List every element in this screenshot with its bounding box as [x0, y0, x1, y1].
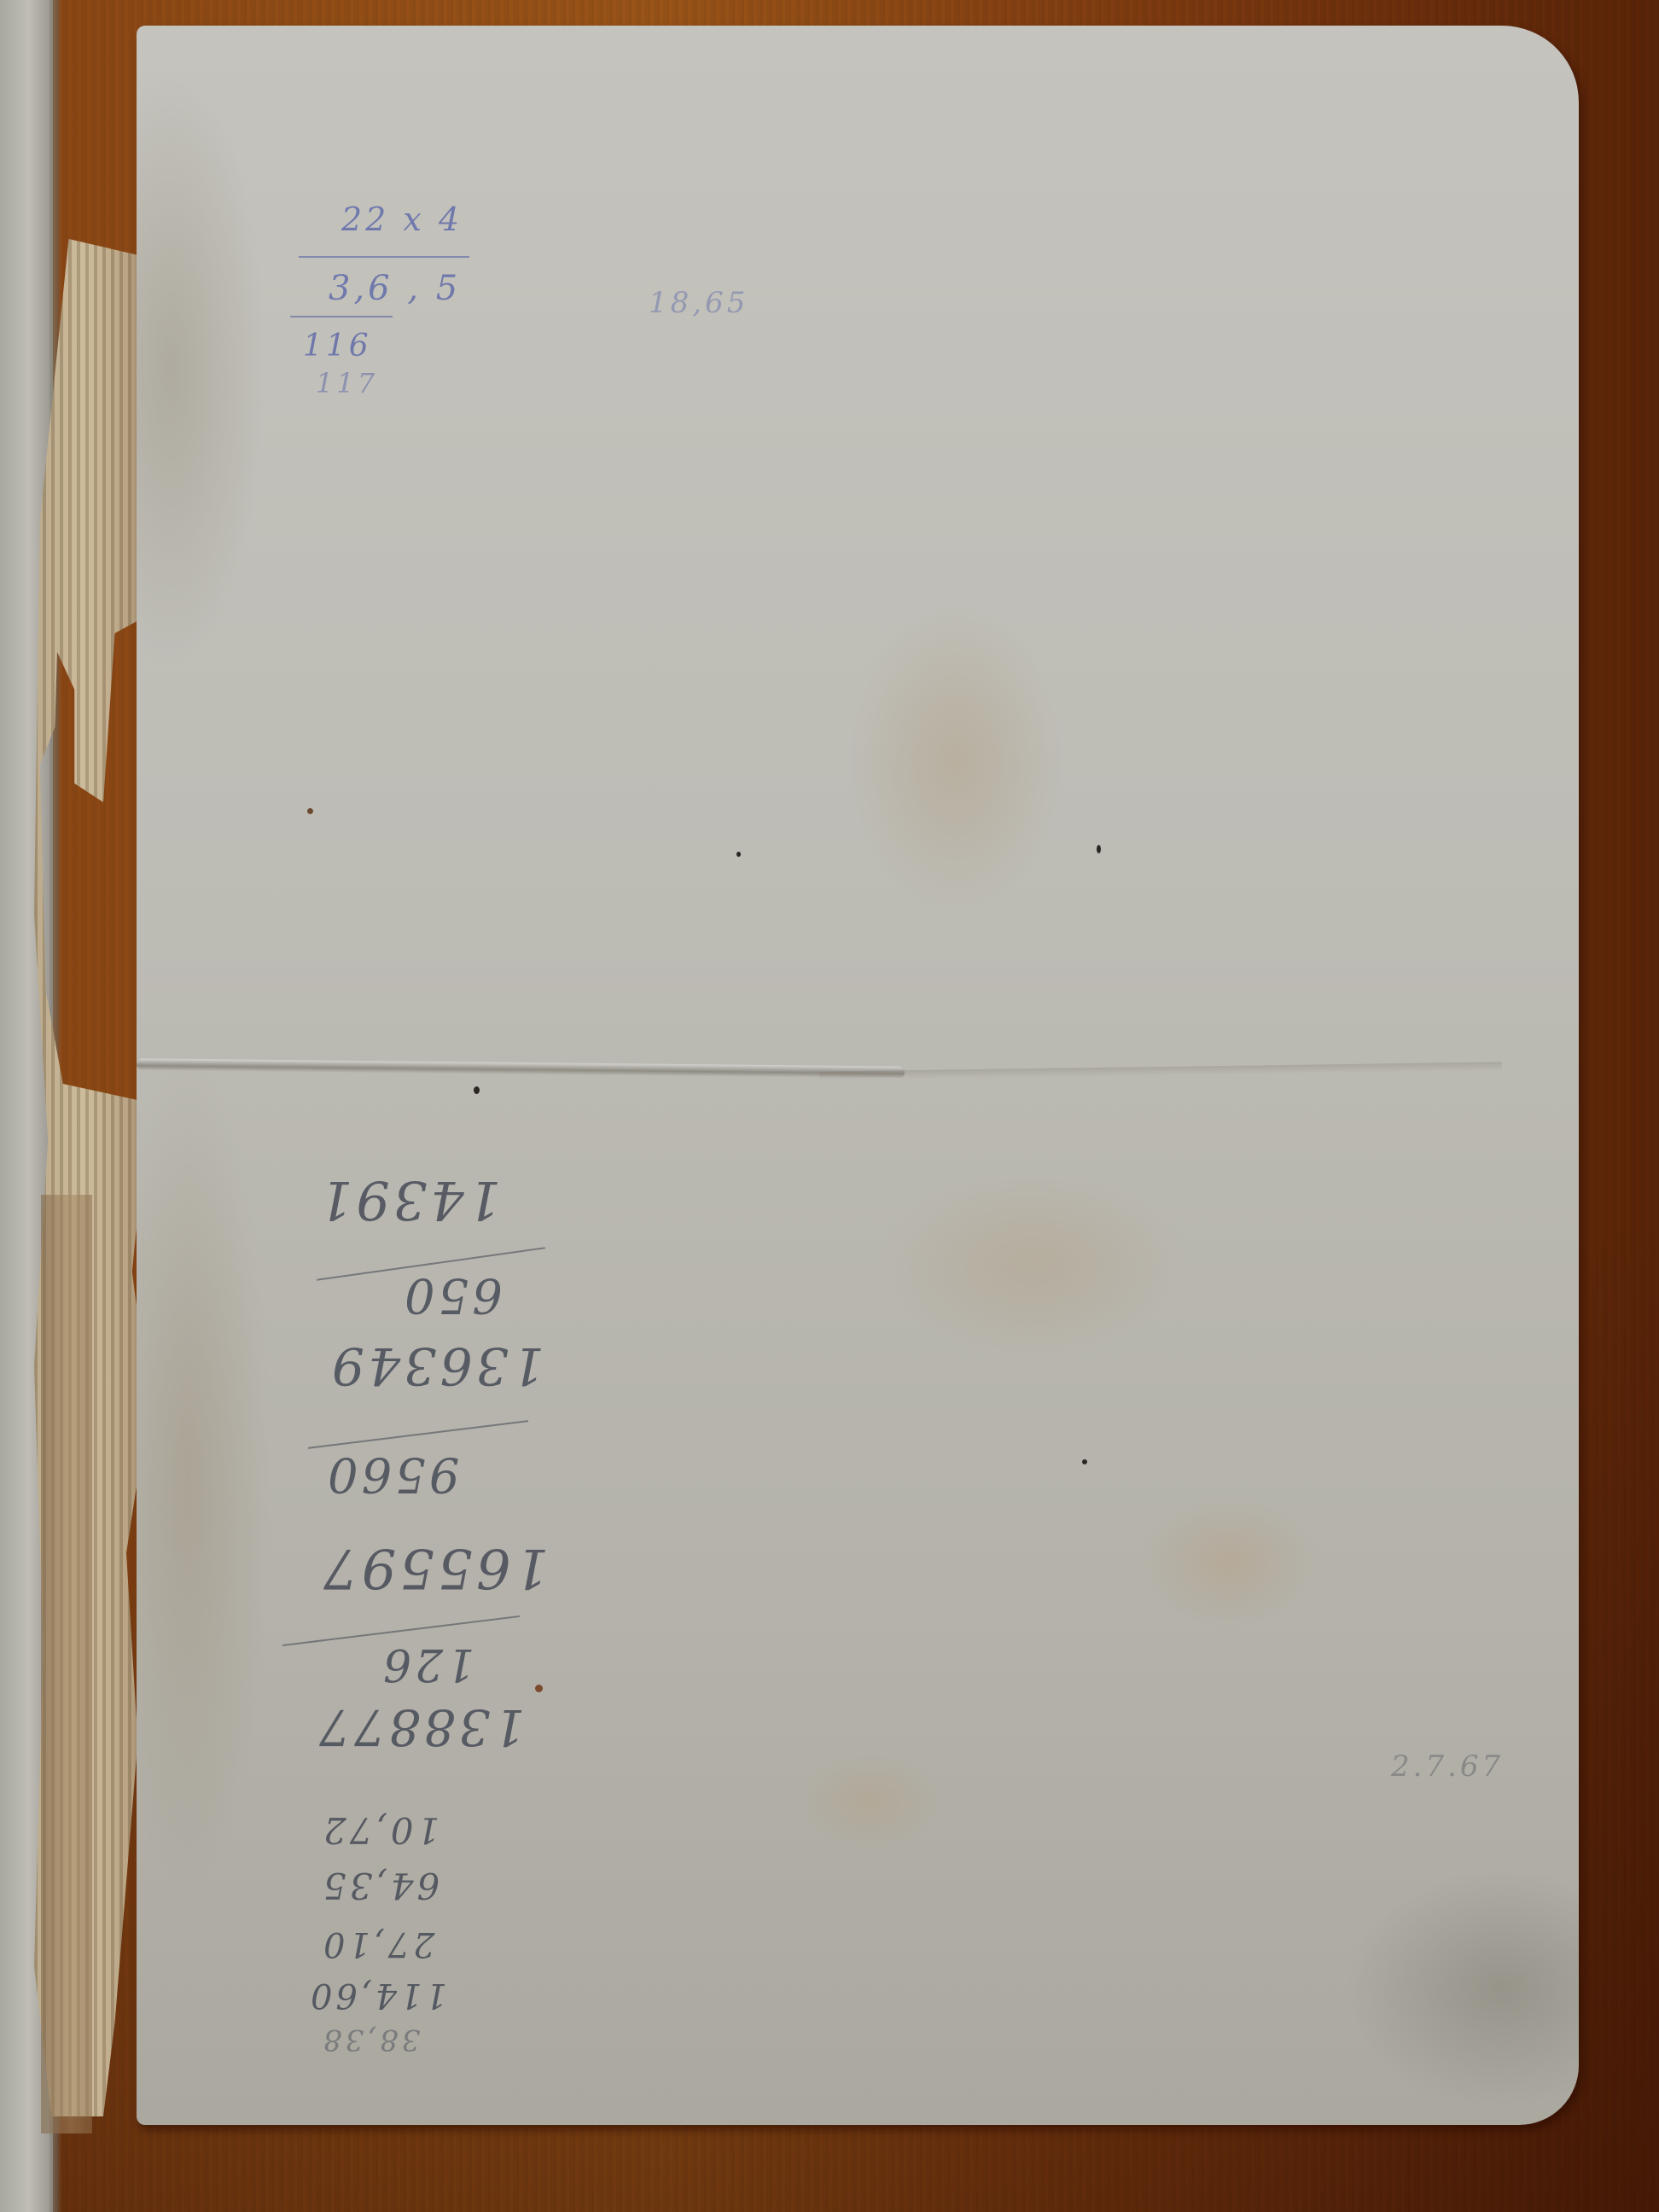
spine-stain [41, 1195, 92, 2133]
handwritten-pencil-line: 136349 [329, 1336, 544, 1395]
ink-underline [299, 256, 469, 258]
handwritten-ink-line: 117 [316, 367, 378, 399]
handwritten-ink-line: 3,6 , 5 [329, 269, 461, 308]
dirt-speck [474, 1086, 480, 1094]
handwritten-pencil-line: 138877 [316, 1698, 525, 1756]
dirt-speck [1097, 845, 1101, 853]
handwritten-pencil-line: 9560 [324, 1447, 460, 1502]
handwritten-pencil-line: 114,60 [307, 1976, 447, 2015]
dirt-speck [307, 808, 313, 814]
fold-crease-faint [819, 1062, 1502, 1080]
faint-pencil-note: 2.7.67 [1391, 1749, 1504, 1784]
handwritten-pencil-line: 650 [401, 1267, 503, 1323]
handwritten-pencil-line: 64,35 [320, 1865, 439, 1906]
handwritten-ink-note: 18,65 [649, 286, 748, 320]
handwritten-pencil-line: 126 [380, 1639, 474, 1690]
notebook-back-cover: 22 x 4 3,6 , 5 116 117 18,65 14391 650 1… [137, 26, 1579, 2125]
dirt-speck [535, 1685, 543, 1692]
handwritten-pencil-line: 165597 [320, 1536, 549, 1599]
handwritten-ink-line: 116 [303, 329, 372, 364]
handwritten-ink-line: 22 x 4 [341, 201, 463, 238]
dirt-speck [1082, 1459, 1087, 1464]
handwritten-pencil-line: 10,72 [320, 1809, 439, 1851]
ink-underline [290, 316, 393, 317]
handwritten-pencil-line: 38,38 [320, 2023, 420, 2057]
handwritten-pencil-line: 14391 [316, 1169, 501, 1231]
fold-crease [137, 1058, 905, 1078]
pencil-underline [308, 1420, 528, 1449]
handwritten-pencil-line: 27,10 [320, 1924, 435, 1964]
dirt-speck [736, 852, 741, 857]
